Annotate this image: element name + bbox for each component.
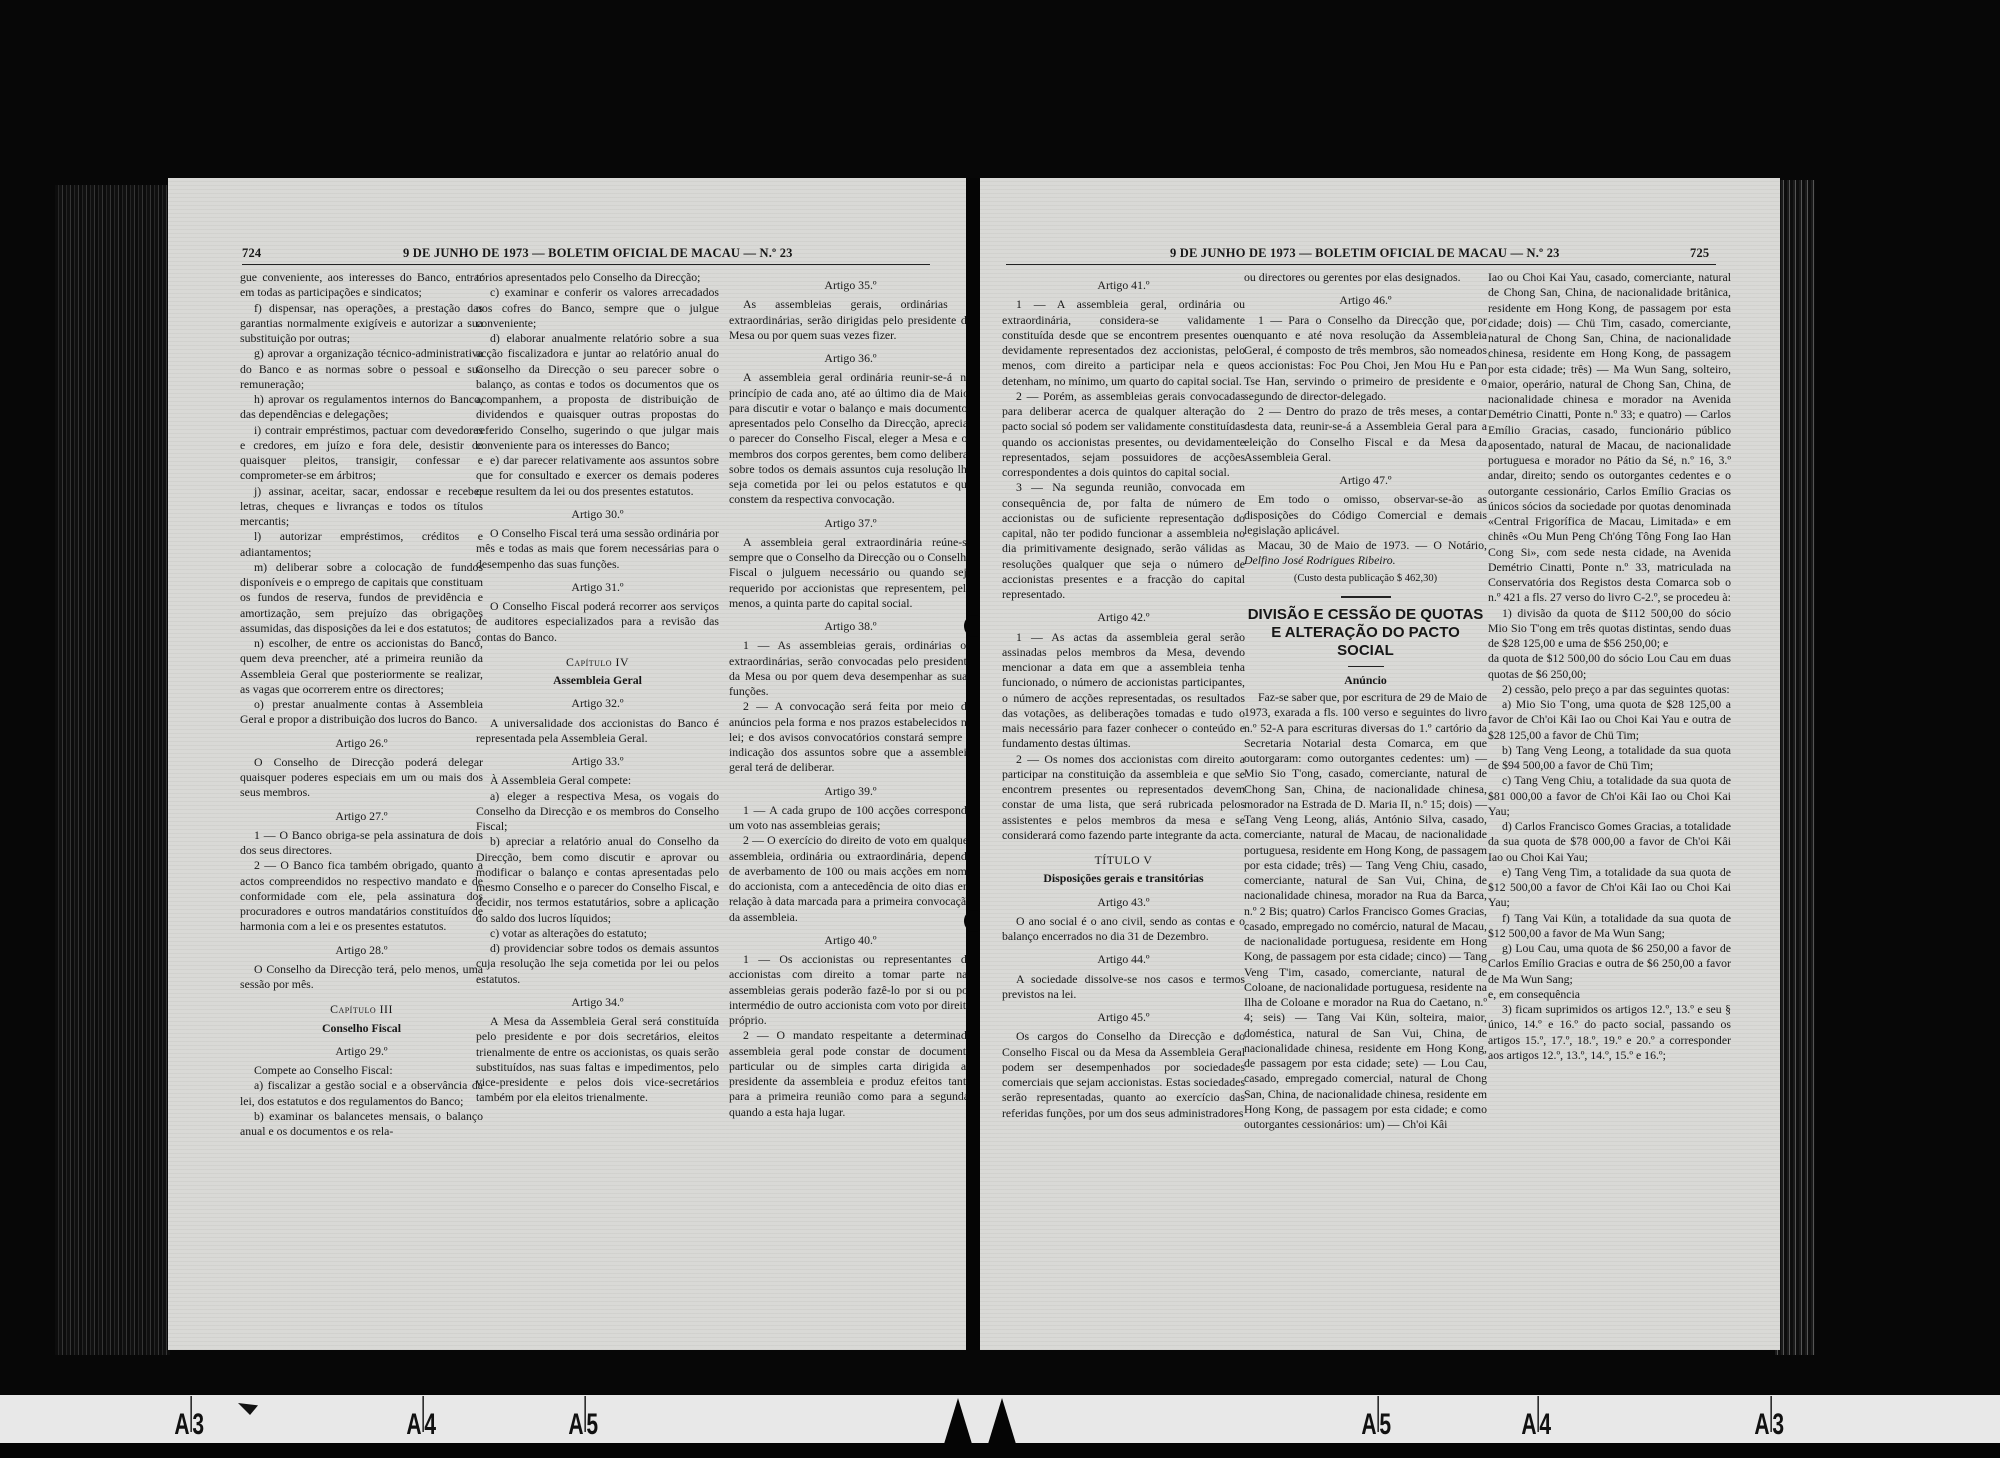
paragraph: o) prestar anualmente contas à Assemblei… [240, 697, 483, 728]
paragraph: e) dar parecer relativamente aos assunto… [476, 453, 719, 499]
article-heading: Artigo 26.º [240, 736, 483, 751]
paragraph: tórios apresentados pelo Conselho da Dir… [476, 270, 719, 285]
paragraph: A assembleia geral extraordinária reúne-… [729, 535, 972, 611]
article-heading: Artigo 32.º [476, 696, 719, 711]
section-title: Assembleia Geral [476, 673, 719, 688]
film-marker: A4 [406, 1408, 436, 1444]
left-page-column-2: tórios apresentados pelo Conselho da Dir… [476, 270, 719, 1106]
paragraph: 2 — O mandato respeitante a determinada … [729, 1028, 972, 1120]
article-heading: Artigo 37.º [729, 516, 972, 531]
paragraph: Faz-se saber que, por escritura de 29 de… [1244, 690, 1487, 1132]
article-heading: Artigo 38.º [729, 619, 972, 634]
article-heading: Artigo 43.º [1002, 895, 1245, 910]
paragraph: a) fiscalizar a gestão social e a observ… [240, 1078, 483, 1109]
paragraph: a) Mio Sio T'ong, uma quota de $28 125,0… [1488, 697, 1731, 743]
article-heading: Artigo 30.º [476, 507, 719, 522]
paragraph: 2 — O exercício do direito de voto em qu… [729, 833, 972, 925]
paragraph: 2 — O Banco fica também obrigado, quanto… [240, 858, 483, 934]
paragraph: l) autorizar empréstimos, créditos e adi… [240, 529, 483, 560]
page-edge-stack-right [1775, 180, 1815, 1355]
paragraph: j) assinar, aceitar, sacar, endossar e r… [240, 484, 483, 530]
paragraph: Compete ao Conselho Fiscal: [240, 1063, 483, 1078]
paragraph: gue conveniente, aos interesses do Banco… [240, 270, 483, 301]
article-heading: Artigo 27.º [240, 809, 483, 824]
paragraph: 3) ficam suprimidos os artigos 12.º, 13.… [1488, 1002, 1731, 1063]
header-rule [1006, 264, 1716, 265]
page-number: 724 [242, 246, 261, 261]
paragraph: 1 — As actas da assembleia geral serão a… [1002, 630, 1245, 752]
paragraph: e, em consequência [1488, 987, 1731, 1002]
paragraph: A Mesa da Assembleia Geral será constitu… [476, 1014, 719, 1106]
paragraph: 1 — O Banco obriga-se pela assinatura de… [240, 828, 483, 859]
film-marker: A4 [1521, 1408, 1551, 1444]
paragraph: 2 — Dentro do prazo de três meses, a con… [1244, 404, 1487, 465]
paragraph: d) providenciar sobre todos os demais as… [476, 941, 719, 987]
article-heading: Artigo 29.º [240, 1044, 483, 1059]
article-heading: Artigo 39.º [729, 784, 972, 799]
paragraph: h) aprovar os regulamentos internos do B… [240, 392, 483, 423]
film-marker: A3 [1754, 1408, 1784, 1444]
paragraph: 1 — A cada grupo de 100 acções correspon… [729, 803, 972, 834]
header-rule [242, 264, 930, 265]
paragraph: b) examinar os balancetes mensais, o bal… [240, 1109, 483, 1140]
paragraph: O Conselho da Direcção terá, pelo menos,… [240, 962, 483, 993]
paragraph: 2 — Os nomes dos accionistas com direito… [1002, 752, 1245, 844]
section-rule [1348, 666, 1384, 667]
paragraph: 1) divisão da quota de $112 500,00 do só… [1488, 606, 1731, 652]
paragraph: As assembleias gerais, ordinárias e extr… [729, 297, 972, 343]
paragraph: Em todo o omisso, observar-se-ão as disp… [1244, 492, 1487, 538]
paragraph: b) Tang Veng Leong, a totalidade da sua … [1488, 743, 1731, 774]
paragraph: 1 — Para o Conselho da Direcção que, por… [1244, 313, 1487, 405]
paragraph: c) Tang Veng Chiu, a totalidade da sua q… [1488, 773, 1731, 819]
paragraph: n) escolher, de entre os accionistas do … [240, 636, 483, 697]
center-notch-right [988, 1398, 1016, 1444]
article-heading: Artigo 42.º [1002, 610, 1245, 625]
paragraph: m) deliberar sobre a colocação de fundos… [240, 560, 483, 636]
running-head: 9 DE JUNHO DE 1973 — BOLETIM OFICIAL DE … [403, 246, 793, 261]
paragraph: 3 — Na segunda reunião, convocada em con… [1002, 480, 1245, 602]
notary-name: Delfino José Rodrigues Ribeiro. [1244, 553, 1396, 567]
paragraph: 1 — A assembleia geral, ordinária ou ext… [1002, 297, 1245, 389]
paragraph: g) aprovar a organização técnico-adminis… [240, 346, 483, 392]
film-marker: A3 [174, 1408, 204, 1444]
article-heading: Artigo 46.º [1244, 293, 1487, 308]
article-heading: Artigo 40.º [729, 933, 972, 948]
article-heading: Artigo 33.º [476, 754, 719, 769]
paragraph: c) examinar e conferir os valores arreca… [476, 285, 719, 331]
paragraph: c) votar as alterações do estatuto; [476, 926, 719, 941]
paragraph: d) Carlos Francisco Gomes Gracias, a tot… [1488, 819, 1731, 865]
microfilm-edge [0, 1443, 2000, 1458]
paragraph: i) contrair empréstimos, pactuar com dev… [240, 423, 483, 484]
article-heading: Artigo 41.º [1002, 278, 1245, 293]
paragraph: O Conselho Fiscal terá uma sessão ordiná… [476, 526, 719, 572]
right-page: 9 DE JUNHO DE 1973 — BOLETIM OFICIAL DE … [980, 178, 1780, 1350]
chapter-heading: Capítulo IV [476, 655, 719, 670]
right-page-column-2: ou directores ou gerentes por elas desig… [1244, 270, 1487, 1132]
paragraph: A sociedade dissolve-se nos casos e term… [1002, 972, 1245, 1003]
paragraph: O Conselho Fiscal poderá recorrer aos se… [476, 599, 719, 645]
signature-line: Macau, 30 de Maio de 1973. — O Notário, … [1244, 538, 1487, 569]
left-page: 724 9 DE JUNHO DE 1973 — BOLETIM OFICIAL… [168, 178, 968, 1350]
paragraph: O ano social é o ano civil, sendo as con… [1002, 914, 1245, 945]
paragraph: f) Tang Vai Kün, a totalidade da sua quo… [1488, 911, 1731, 942]
article-heading: Artigo 47.º [1244, 473, 1487, 488]
section-title: Anúncio [1244, 673, 1487, 688]
film-marker: A5 [1361, 1408, 1391, 1444]
paragraph: Os cargos do Conselho da Direcção e do C… [1002, 1029, 1245, 1121]
paragraph: da quota de $12 500,00 do sócio Lou Cau … [1488, 651, 1731, 682]
section-title: Disposições gerais e transitórias [1002, 871, 1245, 886]
right-page-column-3: Iao ou Choi Kai Yau, casado, comerciante… [1488, 270, 1731, 1063]
paragraph: 2 — A convocação será feita por meio de … [729, 699, 972, 775]
article-heading: Artigo 28.º [240, 943, 483, 958]
article-heading: Artigo 34.º [476, 995, 719, 1010]
paragraph: 1 — As assembleias gerais, ordinárias ou… [729, 638, 972, 699]
article-heading: Artigo 45.º [1002, 1010, 1245, 1025]
paragraph: À Assembleia Geral compete: [476, 773, 719, 788]
page-number: 725 [1690, 246, 1709, 261]
paragraph: ou directores ou gerentes por elas desig… [1244, 270, 1487, 285]
paragraph: O Conselho de Direcção poderá delegar qu… [240, 755, 483, 801]
section-title: Conselho Fiscal [240, 1021, 483, 1036]
paragraph: A assembleia geral ordinária reunir-se-á… [729, 370, 972, 507]
paragraph: g) Lou Cau, uma quota de $6 250,00 a fav… [1488, 941, 1731, 987]
left-page-column-3: Artigo 35.ºAs assembleias gerais, ordiná… [729, 270, 972, 1120]
article-heading: Artigo 35.º [729, 278, 972, 293]
paragraph: 1 — Os accionistas ou representantes de … [729, 952, 972, 1028]
paragraph: e) Tang Veng Tim, a totalidade da sua qu… [1488, 865, 1731, 911]
article-heading: Artigo 31.º [476, 580, 719, 595]
section-rule [1341, 596, 1391, 598]
chapter-heading: Capítulo III [240, 1002, 483, 1017]
right-page-column-1: Artigo 41.º1 — A assembleia geral, ordin… [1002, 270, 1245, 1121]
paragraph: A universalidade dos accionistas do Banc… [476, 716, 719, 747]
publication-cost: (Custo desta publicação $ 462,30) [1244, 571, 1487, 586]
paragraph: 2) cessão, pelo preço a par das seguinte… [1488, 682, 1731, 697]
running-head: 9 DE JUNHO DE 1973 — BOLETIM OFICIAL DE … [1170, 246, 1560, 261]
chapter-heading: TÍTULO V [1002, 853, 1245, 868]
film-marker: A5 [568, 1408, 598, 1444]
article-heading: Artigo 44.º [1002, 952, 1245, 967]
paragraph: a) eleger a respectiva Mesa, os vogais d… [476, 789, 719, 835]
notice-title: DIVISÃO E CESSÃO DE QUOTAS E ALTERAÇÃO D… [1244, 606, 1487, 660]
left-page-column-1: gue conveniente, aos interesses do Banco… [240, 270, 483, 1139]
paragraph: f) dispensar, nas operações, a prestação… [240, 301, 483, 347]
paragraph: 2 — Porém, as assembleias gerais convoca… [1002, 389, 1245, 481]
paragraph: Iao ou Choi Kai Yau, casado, comerciante… [1488, 270, 1731, 606]
page-edge-stack-left [55, 185, 170, 1355]
center-notch-left [944, 1398, 972, 1444]
paragraph: d) elaborar anualmente relatório sobre a… [476, 331, 719, 453]
paragraph: b) apreciar a relatório anual do Conselh… [476, 834, 719, 926]
article-heading: Artigo 36.º [729, 351, 972, 366]
